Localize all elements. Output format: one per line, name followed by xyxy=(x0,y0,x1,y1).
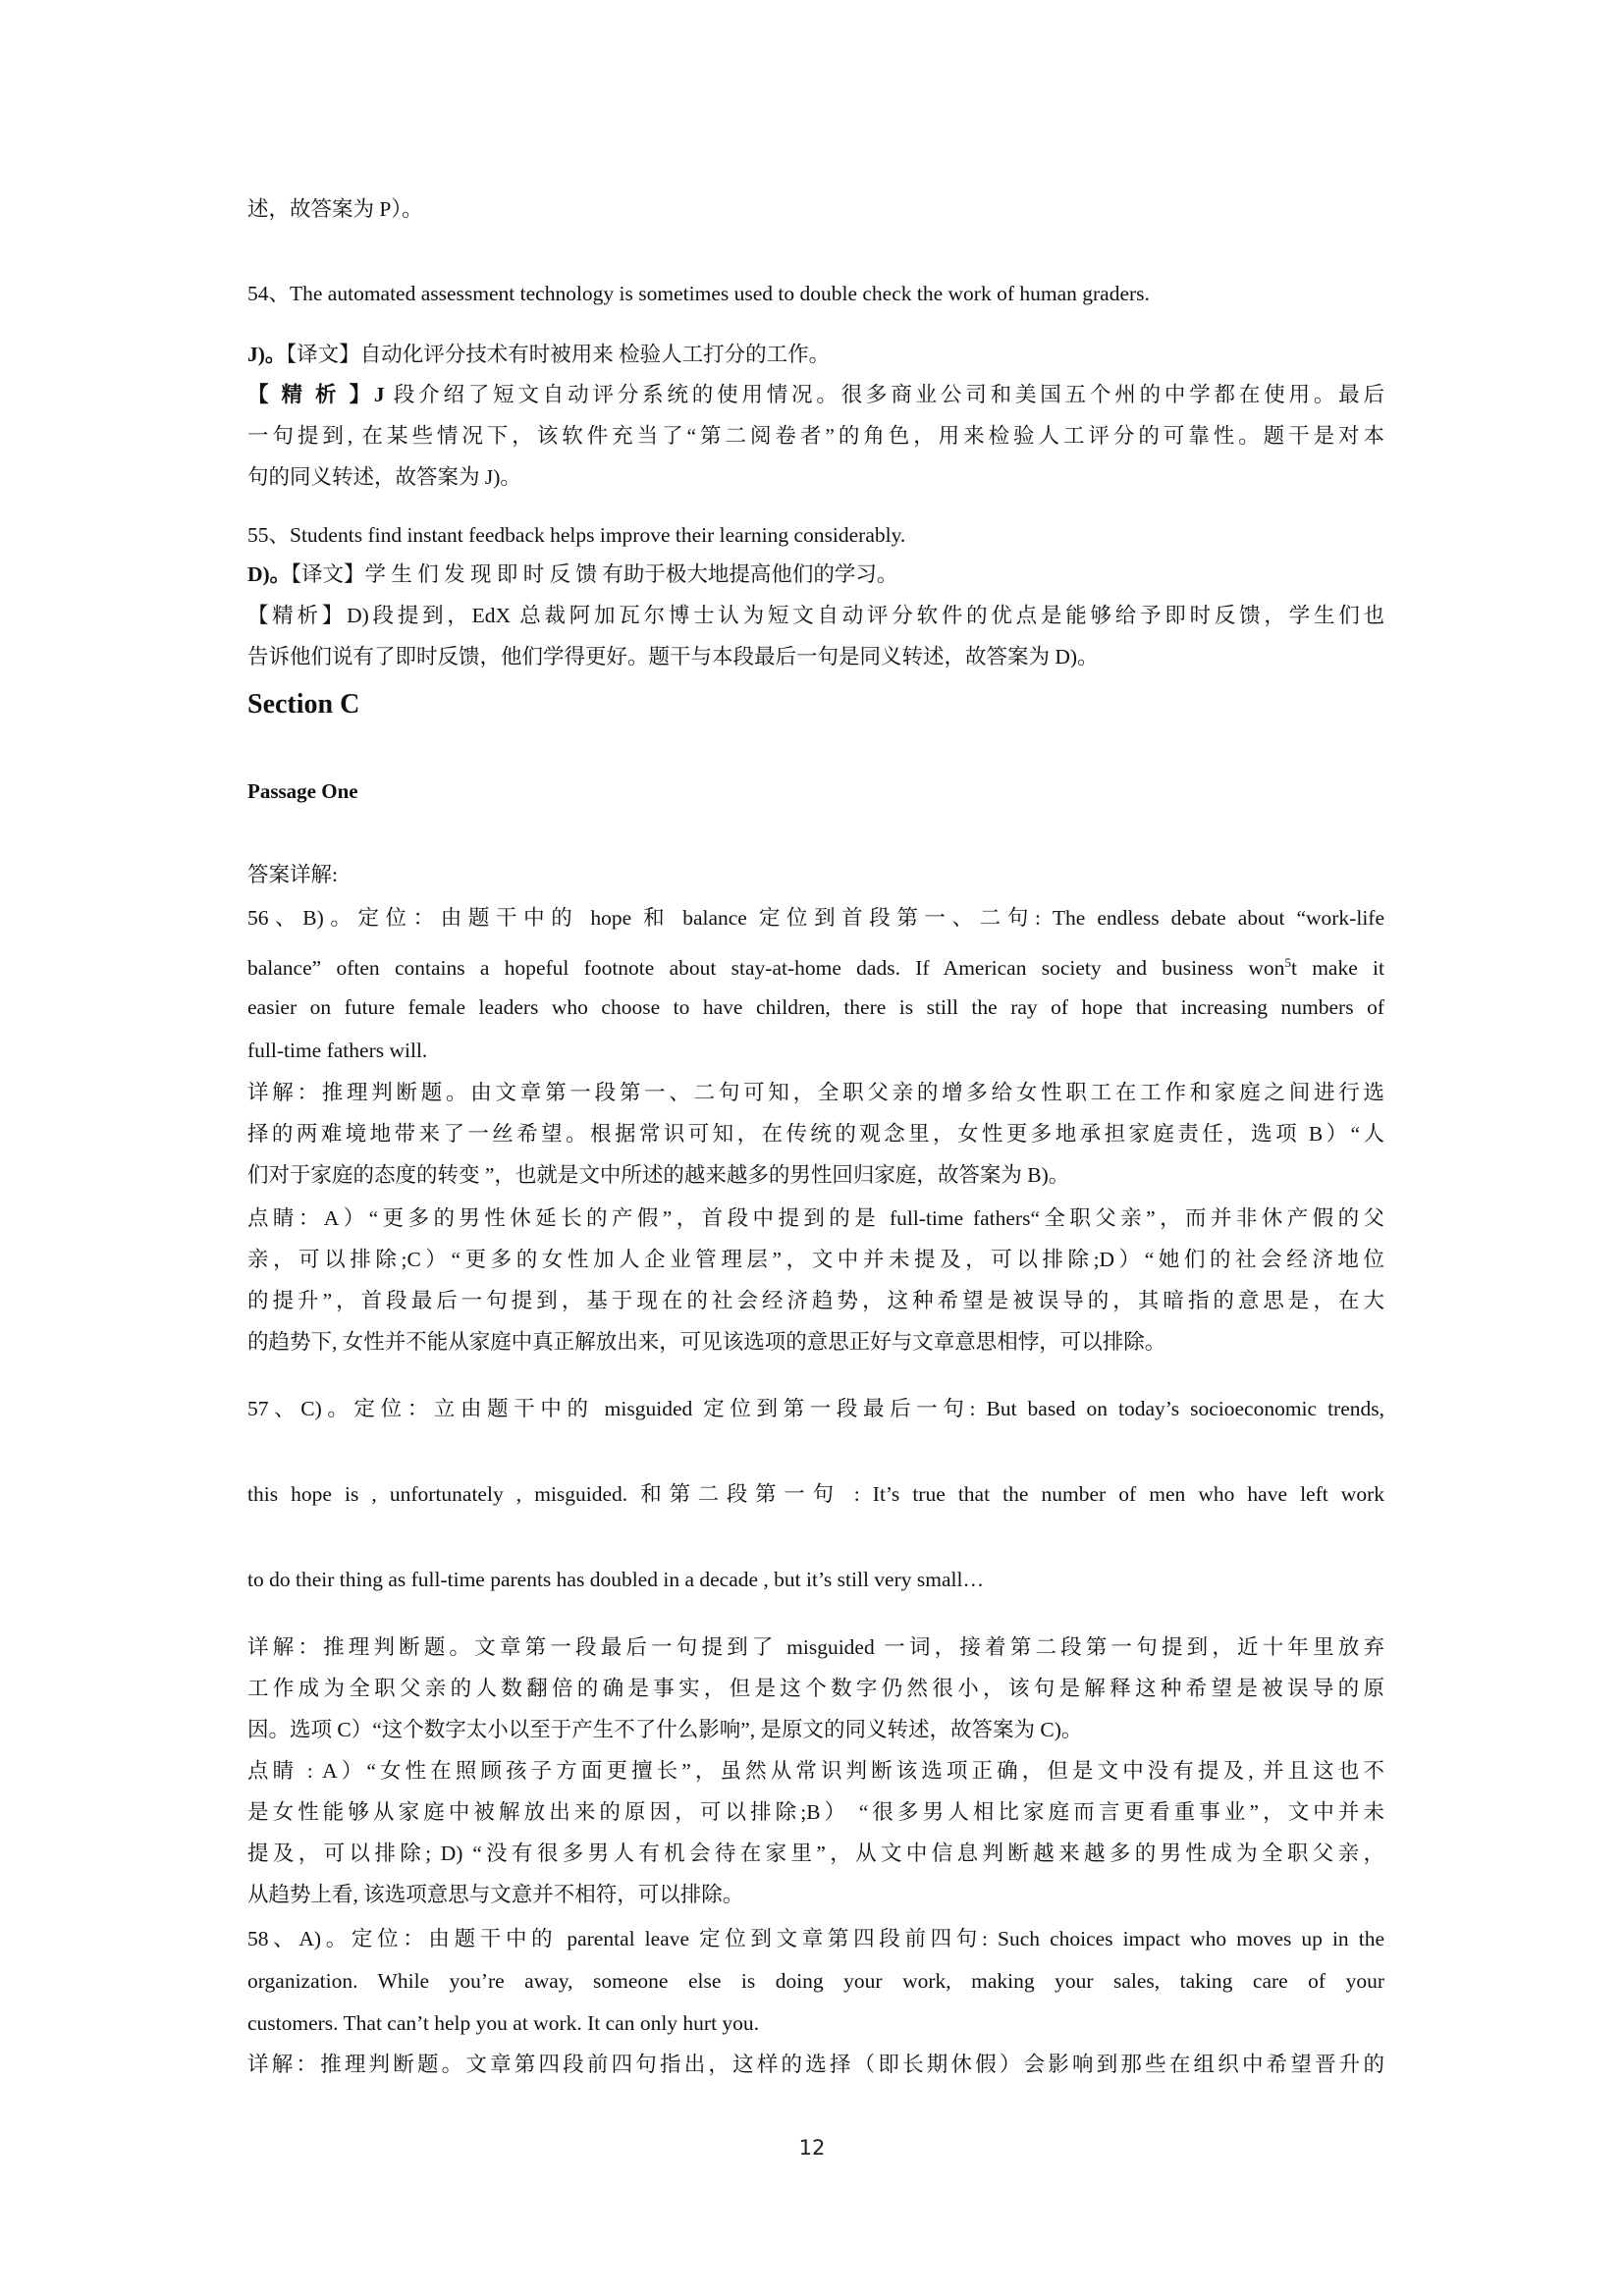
q57-tip-line-4: 从趋势上看, 该选项意思与文意并不相符，可以排除。 xyxy=(247,1880,743,1909)
q57-tip-line-3: 提及，可以排除; D) “没有很多男人有机会待在家里”，从文中信息判断越来越多的… xyxy=(247,1839,1384,1868)
q57-line-3: to do their thing as full-time parents h… xyxy=(247,1565,984,1594)
q53-tail: 述，故答案为 P）。 xyxy=(247,194,423,224)
q54-translation: 自动化评分技术有时被用来 检验人工打分的工作。 xyxy=(360,343,830,366)
q55-question: 55、Students find instant feedback helps … xyxy=(247,520,905,550)
q54-analysis-tag: 【 精 析 】J xyxy=(247,383,385,406)
q58-line-1: 58、A)。定位：由题干中的 parental leave 定位到文章第四段前四… xyxy=(247,1924,1384,1953)
passage-title: Passage One xyxy=(247,779,358,804)
q58-line-2: organization. While you’re away, someone… xyxy=(247,1966,1384,1996)
q56-line-3: easier on future female leaders who choo… xyxy=(247,992,1384,1022)
q54-analysis-line-3: 句的同义转述，故答案为 J)。 xyxy=(247,462,521,492)
q56-line-2: balance” often contains a hopeful footno… xyxy=(247,948,1384,983)
answer-details-label: 答案详解: xyxy=(247,860,338,889)
q54-translation-tag: 【译文】 xyxy=(286,343,359,366)
q58-line-3: customers. That can’t help you at work. … xyxy=(247,2008,759,2038)
page-number: 12 xyxy=(0,2136,1624,2160)
q57-detail-line-3: 因。选项 C）“这个数字太小以至于产生不了什么影响”, 是原文的同义转述，故答案… xyxy=(247,1715,1082,1744)
q56-tip-line-2: 亲，可以排除;C）“更多的女性加人企业管理层”，文中并未提及，可以排除;D）“她… xyxy=(247,1245,1384,1274)
q57-tip-line-2: 是女性能够从家庭中被解放出来的原因，可以排除;B） “很多男人相比家庭而言更看重… xyxy=(247,1797,1384,1827)
q55-answer: D)。 xyxy=(247,562,291,586)
q56-detail-line-3: 们对于家庭的态度的转变 ”，也就是文中所述的越来越多的男性回归家庭，故答案为 B… xyxy=(247,1160,1069,1190)
q55-analysis-line-1: 【精析】D)段提到，EdX 总裁阿加瓦尔博士认为短文自动评分软件的优点是能够给予… xyxy=(247,601,1384,630)
q55-translation-tag: 【译文】 xyxy=(291,562,364,586)
q54-answer: J)。 xyxy=(247,343,286,366)
q56-detail-line-1: 详解：推理判断题。由文章第一段第一、二句可知，全职父亲的增多给女性职工在工作和家… xyxy=(247,1078,1384,1107)
q57-line-2: this hope is , unfortunately , misguided… xyxy=(247,1479,1384,1509)
q54-analysis-line-2: 一句提到, 在某些情况下，该软件充当了“第二阅卷者”的角色，用来检验人工评分的可… xyxy=(247,421,1384,451)
q55-analysis-line-2: 告诉他们说有了即时反馈，他们学得更好。题干与本段最后一句是同义转述，故答案为 D… xyxy=(247,642,1099,671)
q57-detail-line-2: 工作成为全职父亲的人数翻倍的确是事实，但是这个数字仍然很小，该句是解释这种希望是… xyxy=(247,1674,1384,1703)
q54-question: 54、The automated assessment technology i… xyxy=(247,279,1150,308)
q55-translation-line: D)。【译文】学 生 们 发 现 即 时 反 馈 有助于极大地提高他们的学习。 xyxy=(247,560,897,589)
q54-translation-line: J)。【译文】自动化评分技术有时被用来 检验人工打分的工作。 xyxy=(247,340,830,369)
q55-translation: 学 生 们 发 现 即 时 反 馈 有助于极大地提高他们的学习。 xyxy=(364,562,897,586)
q58-detail-line-1: 详解：推理判断题。文章第四段前四句指出，这样的选择（即长期休假）会影响到那些在组… xyxy=(247,2050,1384,2079)
q56-tip-line-1: 点睛：A）“更多的男性休延长的产假”，首段中提到的是 full-time fat… xyxy=(247,1203,1384,1233)
q56-line-1: 56、B)。定位：由题干中的 hope 和 balance 定位到首段第一、二句… xyxy=(247,903,1384,933)
q56-line-4: full-time fathers will. xyxy=(247,1036,427,1065)
q56-detail-line-2: 择的两难境地带来了一丝希望。根据常识可知，在传统的观念里，女性更多地承担家庭责任… xyxy=(247,1119,1384,1148)
q57-detail-line-1: 详解：推理判断题。文章第一段最后一句提到了 misguided 一词，接着第二段… xyxy=(247,1632,1384,1662)
q57-tip-line-1: 点睛 : A）“女性在照顾孩子方面更擅长”，虽然从常识判断该选项正确，但是文中没… xyxy=(247,1756,1384,1786)
q56-tip-line-4: 的趋势下, 女性并不能从家庭中真正解放出来，可见该选项的意思正好与文章意思相悖，… xyxy=(247,1327,1165,1357)
q56-tip-line-3: 的提升”，首段最后一句提到，基于现在的社会经济趋势，这种希望是被误导的，其暗指的… xyxy=(247,1286,1384,1315)
q54-analysis-line-1: 【 精 析 】J 段介绍了短文自动评分系统的使用情况。很多商业公司和美国五个州的… xyxy=(247,380,1384,409)
q57-line-1: 57、C)。定位：立由题干中的 misguided 定位到第一段最后一句: Bu… xyxy=(247,1394,1384,1423)
section-title: Section C xyxy=(247,689,359,721)
